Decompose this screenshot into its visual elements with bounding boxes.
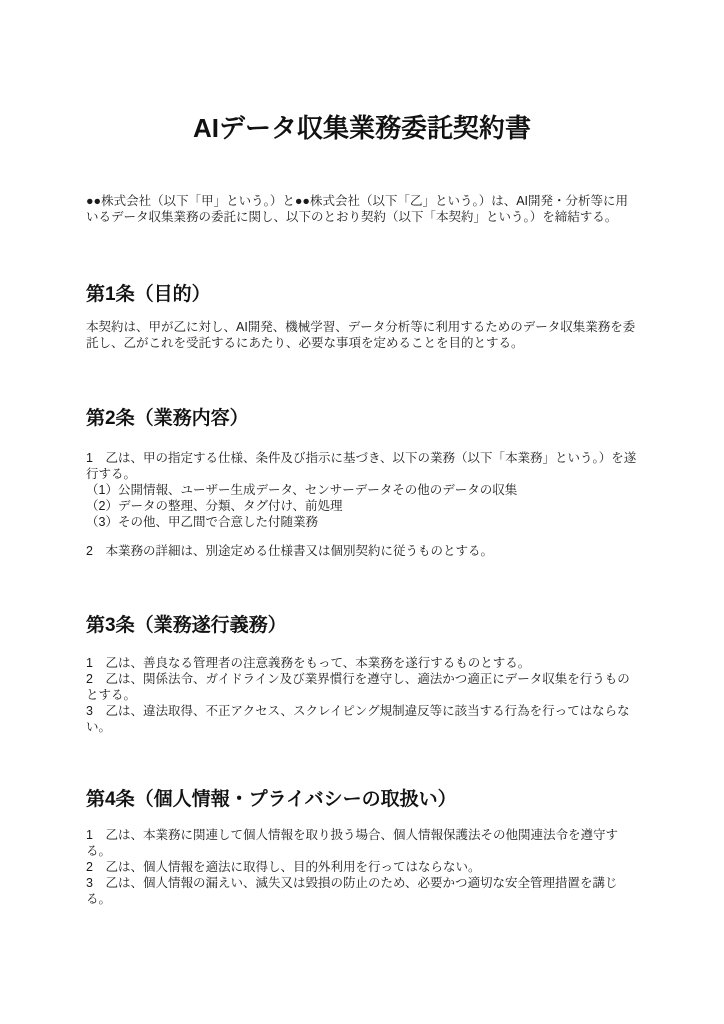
article-3-paragraph: 1 乙は、善良なる管理者の注意義務をもって、本業務を遂行するものとする。 2 乙…: [86, 655, 638, 735]
article-section-1: 第1条（目的） 本契約は、甲が乙に対し、AI開発、機械学習、データ分析等に利用す…: [86, 283, 638, 351]
article-3-heading: 第3条（業務遂行義務）: [86, 614, 638, 638]
document-title: AIデータ収集業務委託契約書: [86, 110, 638, 146]
article-4-paragraph: 1 乙は、本業務に関連して個人情報を取り扱う場合、個人情報保護法その他関連法令を…: [86, 827, 638, 907]
article-2-paragraph-2: 2 本業務の詳細は、別途定める仕様書又は個別契約に従うものとする。: [86, 543, 638, 559]
article-2-heading: 第2条（業務内容）: [86, 407, 638, 431]
article-section-2: 第2条（業務内容） 1 乙は、甲の指定する仕様、条件及び指示に基づき、以下の業務…: [86, 407, 638, 559]
article-section-3: 第3条（業務遂行義務） 1 乙は、善良なる管理者の注意義務をもって、本業務を遂行…: [86, 614, 638, 735]
contract-document-page: AIデータ収集業務委託契約書 ●●株式会社（以下「甲」という。）と●●株式会社（…: [0, 0, 724, 1024]
article-1-heading: 第1条（目的）: [86, 283, 638, 307]
article-1-paragraph: 本契約は、甲が乙に対し、AI開発、機械学習、データ分析等に利用するためのデータ収…: [86, 319, 638, 351]
article-2-paragraph-1: 1 乙は、甲の指定する仕様、条件及び指示に基づき、以下の業務（以下「本業務」とい…: [86, 450, 638, 530]
article-4-heading: 第4条（個人情報・プライバシーの取扱い）: [86, 788, 638, 812]
article-section-4: 第4条（個人情報・プライバシーの取扱い） 1 乙は、本業務に関連して個人情報を取…: [86, 788, 638, 907]
preamble-paragraph: ●●株式会社（以下「甲」という。）と●●株式会社（以下「乙」という。）は、AI開…: [86, 193, 638, 225]
